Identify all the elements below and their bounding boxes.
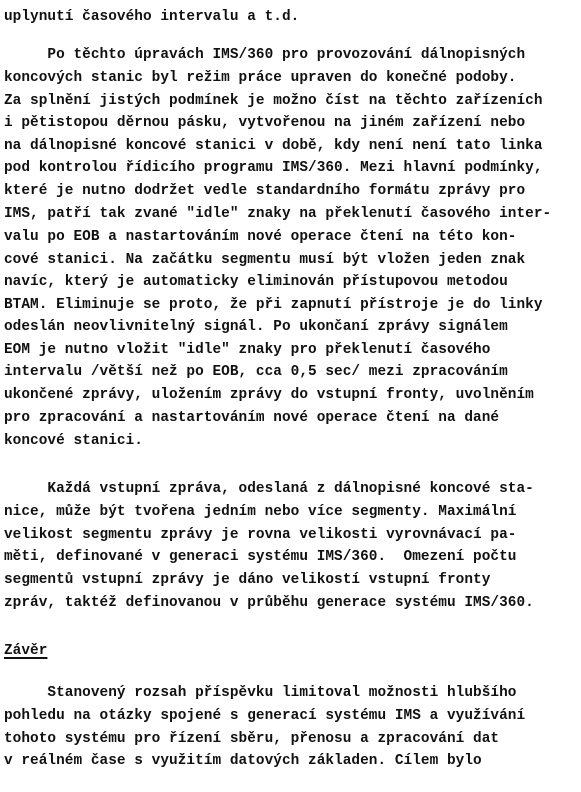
text-line: velikost segmentu zprávy je rovna veliko… <box>4 526 516 544</box>
text-line: odeslán neovlivnitelný signál. Po ukonča… <box>4 318 508 336</box>
text-line: segmentů vstupní zprávy je dáno velikost… <box>4 571 490 589</box>
text-line: BTAM. Eliminuje se proto, že při zapnutí… <box>4 296 543 314</box>
text-line: pro zpracování a nastartováním nové oper… <box>4 409 499 427</box>
text-line: cové stanici. Na začátku segmentu musí b… <box>4 251 525 269</box>
text-line: pohledu na otázky spojené s generací sys… <box>4 707 525 725</box>
text-line: Za splnění jistých podmínek je možno čís… <box>4 92 543 110</box>
text-line: intervalu /větší než po EOB, cca 0,5 sec… <box>4 363 508 381</box>
text-line: ukončené zprávy, uložením zprávy do vstu… <box>4 386 534 404</box>
text-line: navíc, který je automaticky eliminován p… <box>4 273 508 291</box>
text-line: i pětistopou děrnou pásku, vytvořenou na… <box>4 114 525 132</box>
text-line: Každá vstupní zpráva, odeslaná z dálnopi… <box>4 480 534 498</box>
text-line: EOM je nutno vložit "idle" znaky pro pře… <box>4 341 490 359</box>
text-line: IMS, patří tak zvané "idle" znaky na pře… <box>4 205 551 223</box>
text-line: které je nutno dodržet vedle standardníh… <box>4 182 525 200</box>
text-line: zpráv, taktéž definovanou v průběhu gene… <box>4 594 534 612</box>
text-line: tohoto systému pro řízení sběru, přenosu… <box>4 730 499 748</box>
text-line: valu po EOB a nastartováním nové operace… <box>4 228 516 246</box>
text-line: měti, definované v generaci systému IMS/… <box>4 548 516 566</box>
text-line: uplynutí časového intervalu a t.d. <box>4 8 299 26</box>
section-heading: Závěr <box>4 642 47 660</box>
text-line: pod kontrolou řídicího programu IMS/360.… <box>4 159 543 177</box>
text-line: Po těchto úpravách IMS/360 pro provozová… <box>4 46 525 64</box>
text-line: na dálnopisné koncové stanici v době, kd… <box>4 137 543 155</box>
text-line: koncových stanic byl režim práce upraven… <box>4 69 516 87</box>
text-line: koncové stanici. <box>4 432 143 450</box>
text-line: v reálném čase s využitím datových zákla… <box>4 752 482 770</box>
text-line: nice, může být tvořena jedním nebo více … <box>4 503 516 521</box>
typewritten-page: uplynutí časového intervalu a t.d. Po tě… <box>0 0 581 792</box>
text-line: Stanovený rozsah příspěvku limitoval mož… <box>4 684 516 702</box>
